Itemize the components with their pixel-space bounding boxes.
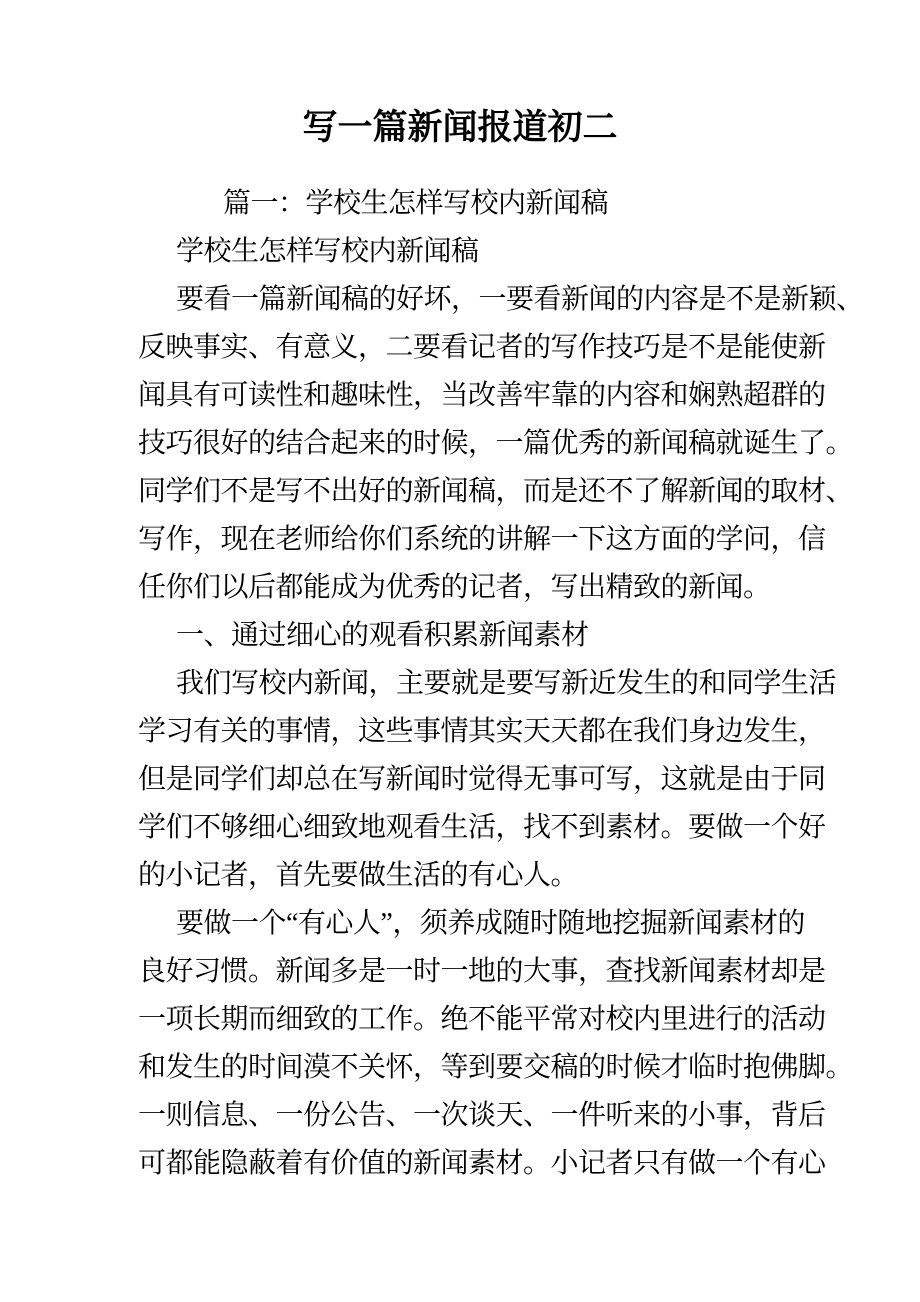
text-line: 学校生怎样写校内新闻稿 — [138, 228, 882, 276]
text-line: 反映事实、有意义，二要看记者的写作技巧是不是能使新 — [138, 324, 882, 372]
text-line: 要做一个“有心人”，须养成随时随地挖掘新闻素材的 — [138, 900, 882, 948]
text-line: 技巧很好的结合起来的时候，一篇优秀的新闻稿就诞生了。 — [138, 420, 882, 468]
text-line: 我们写校内新闻，主要就是要写新近发生的和同学生活 — [138, 660, 882, 708]
text-line: 任你们以后都能成为优秀的记者，写出精致的新闻。 — [138, 564, 882, 612]
text-line: 学习有关的事情，这些事情其实天天都在我们身边发生， — [138, 708, 882, 756]
text-line: 同学们不是写不出好的新闻稿，而是还不了解新闻的取材、 — [138, 468, 882, 516]
text-line: 和发生的时间漠不关怀，等到要交稿的时候才临时抱佛脚。 — [138, 1044, 882, 1092]
text-line: 一、通过细心的观看积累新闻素材 — [138, 612, 882, 660]
text-line: 但是同学们却总在写新闻时觉得无事可写，这就是由于同 — [138, 756, 882, 804]
document-page: 写一篇新闻报道初二 篇一：学校生怎样写校内新闻稿学校生怎样写校内新闻稿要看一篇新… — [0, 0, 920, 1302]
text-line: 写作，现在老师给你们系统的讲解一下这方面的学问，信 — [138, 516, 882, 564]
text-line: 篇一：学校生怎样写校内新闻稿 — [138, 180, 882, 228]
text-line: 良好习惯。新闻多是一时一地的大事，查找新闻素材却是 — [138, 948, 882, 996]
text-line: 的小记者，首先要做生活的有心人。 — [138, 852, 882, 900]
text-line: 学们不够细心细致地观看生活，找不到素材。要做一个好 — [138, 804, 882, 852]
text-line: 闻具有可读性和趣味性，当改善牢靠的内容和娴熟超群的 — [138, 372, 882, 420]
document-title: 写一篇新闻报道初二 — [0, 104, 920, 152]
text-line: 要看一篇新闻稿的好坏，一要看新闻的内容是不是新颖、 — [138, 276, 882, 324]
document-body: 篇一：学校生怎样写校内新闻稿学校生怎样写校内新闻稿要看一篇新闻稿的好坏，一要看新… — [138, 180, 882, 1188]
text-line: 可都能隐蔽着有价值的新闻素材。小记者只有做一个有心 — [138, 1140, 882, 1188]
text-line: 一则信息、一份公告、一次谈天、一件听来的小事，背后 — [138, 1092, 882, 1140]
text-line: 一项长期而细致的工作。绝不能平常对校内里进行的活动 — [138, 996, 882, 1044]
